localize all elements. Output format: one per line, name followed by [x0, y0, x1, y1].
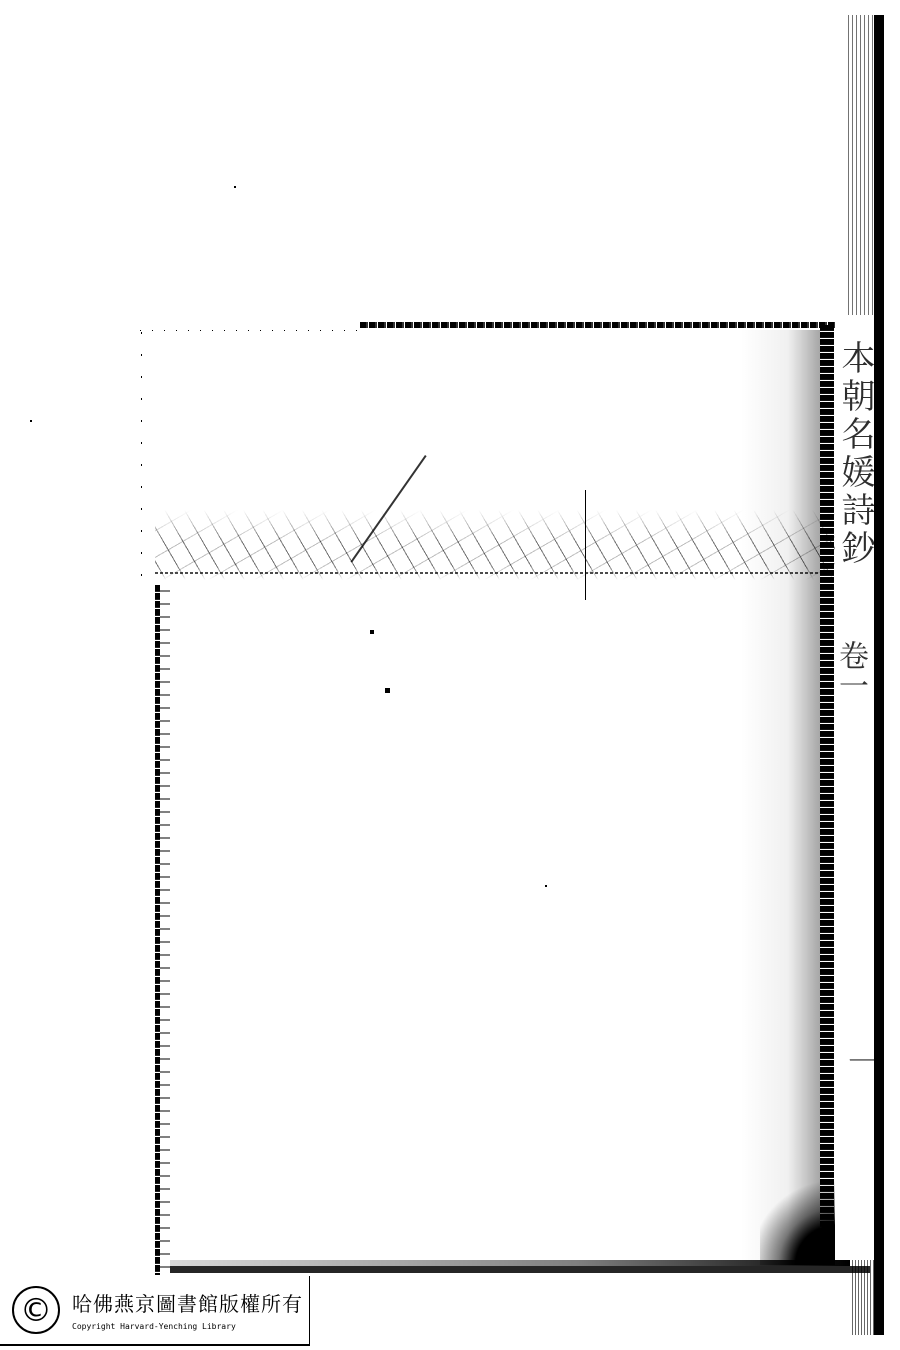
speck — [234, 186, 236, 188]
paper-tear-line — [155, 572, 835, 574]
cover-board-top-edge — [360, 322, 835, 328]
speck — [385, 688, 390, 693]
speck — [370, 630, 374, 634]
board-outline — [140, 330, 360, 331]
binding-fray — [848, 15, 874, 315]
cover-board-left-texture — [160, 585, 170, 1275]
cover-board-shadow — [740, 330, 820, 1260]
copyright-english-text: Copyright Harvard-Yenching Library — [72, 1322, 236, 1331]
binding-edge — [874, 15, 884, 1335]
cover-board-corner-wear — [760, 1180, 835, 1265]
paper-tear-band — [155, 510, 835, 580]
copyright-chinese-text: 哈佛燕京圖書館版權所有 — [72, 1288, 303, 1317]
cover-board-right-edge — [820, 325, 834, 1260]
scanned-page: 本朝名媛詩鈔 卷一 一 © 哈佛燕京圖書館版權所有 Copyright Harv… — [0, 0, 900, 1350]
spine-title: 本朝名媛詩鈔 — [838, 340, 872, 568]
spine-page-mark: 一 — [848, 1035, 882, 1084]
cover-board-bottom-edge — [170, 1266, 870, 1273]
speck — [30, 420, 32, 422]
spine-volume: 卷一 — [840, 640, 872, 700]
copyright-stamp: © 哈佛燕京圖書館版權所有 Copyright Harvard-Yenching… — [0, 1276, 310, 1346]
speck — [545, 885, 547, 887]
board-outline — [141, 332, 142, 582]
spine-label: 本朝名媛詩鈔 卷一 — [836, 330, 872, 1250]
paper-fold-line — [585, 490, 586, 600]
copyright-icon: © — [12, 1286, 60, 1334]
